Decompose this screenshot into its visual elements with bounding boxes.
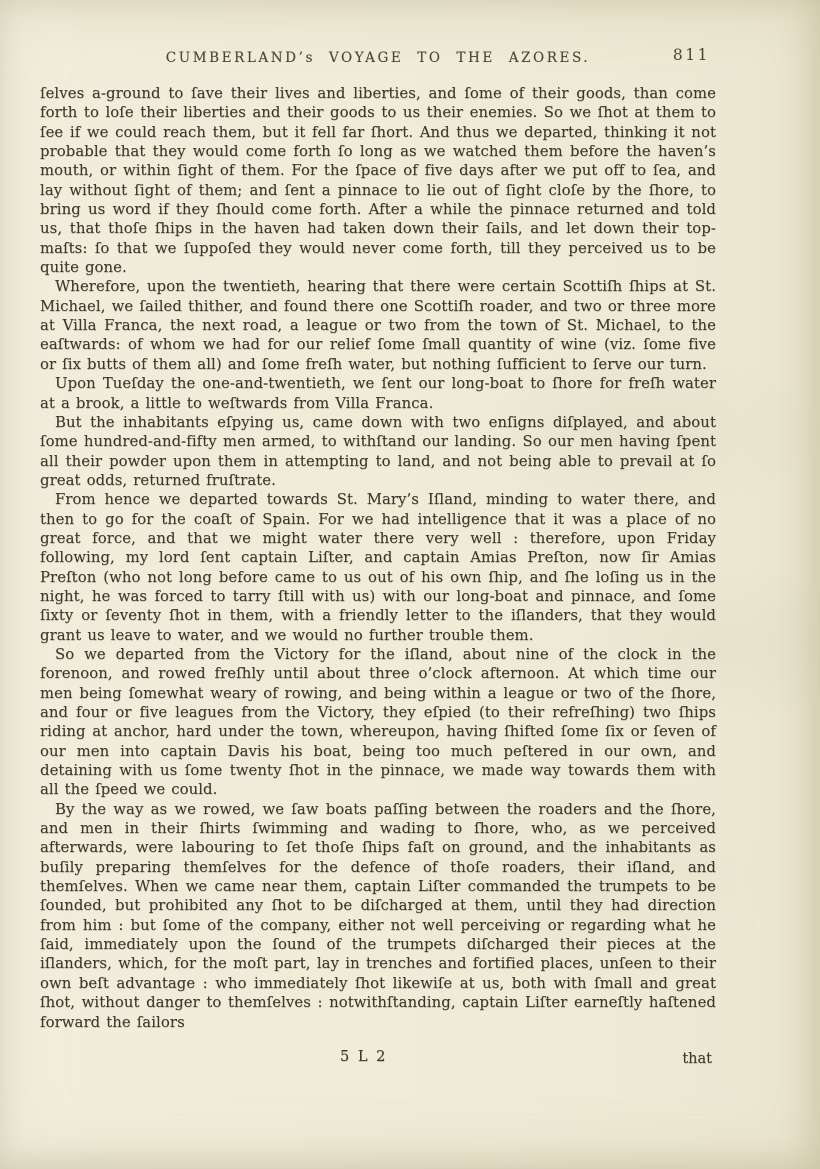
page-body: ſelves a-ground to ſave their lives and … [40, 84, 716, 1032]
catchword: that [682, 1051, 712, 1067]
body-paragraph: So we departed from the Victory for the … [40, 645, 716, 800]
signature-mark: 5 L 2 [340, 1049, 387, 1065]
page-footer: 5 L 2 that [40, 1049, 716, 1071]
body-paragraph: From hence we departed towards St. Mary’… [40, 490, 716, 645]
body-paragraph: By the way as we rowed, we ſaw boats paſ… [40, 800, 716, 1032]
body-paragraph: But the inhabitants eſpying us, came dow… [40, 413, 716, 490]
running-header-title: CUMBERLAND’s VOYAGE TO THE AZORES. [166, 50, 590, 66]
body-paragraph: ſelves a-ground to ſave their lives and … [40, 84, 716, 277]
body-paragraph: Upon Tueſday the one-and-twentieth, we ſ… [40, 374, 716, 413]
book-page: CUMBERLAND’s VOYAGE TO THE AZORES. 811 ſ… [0, 0, 820, 1169]
running-header: CUMBERLAND’s VOYAGE TO THE AZORES. 811 [40, 47, 716, 66]
page-number: 811 [673, 46, 710, 64]
body-paragraph: Wherefore, upon the twentieth, hearing t… [40, 277, 716, 374]
